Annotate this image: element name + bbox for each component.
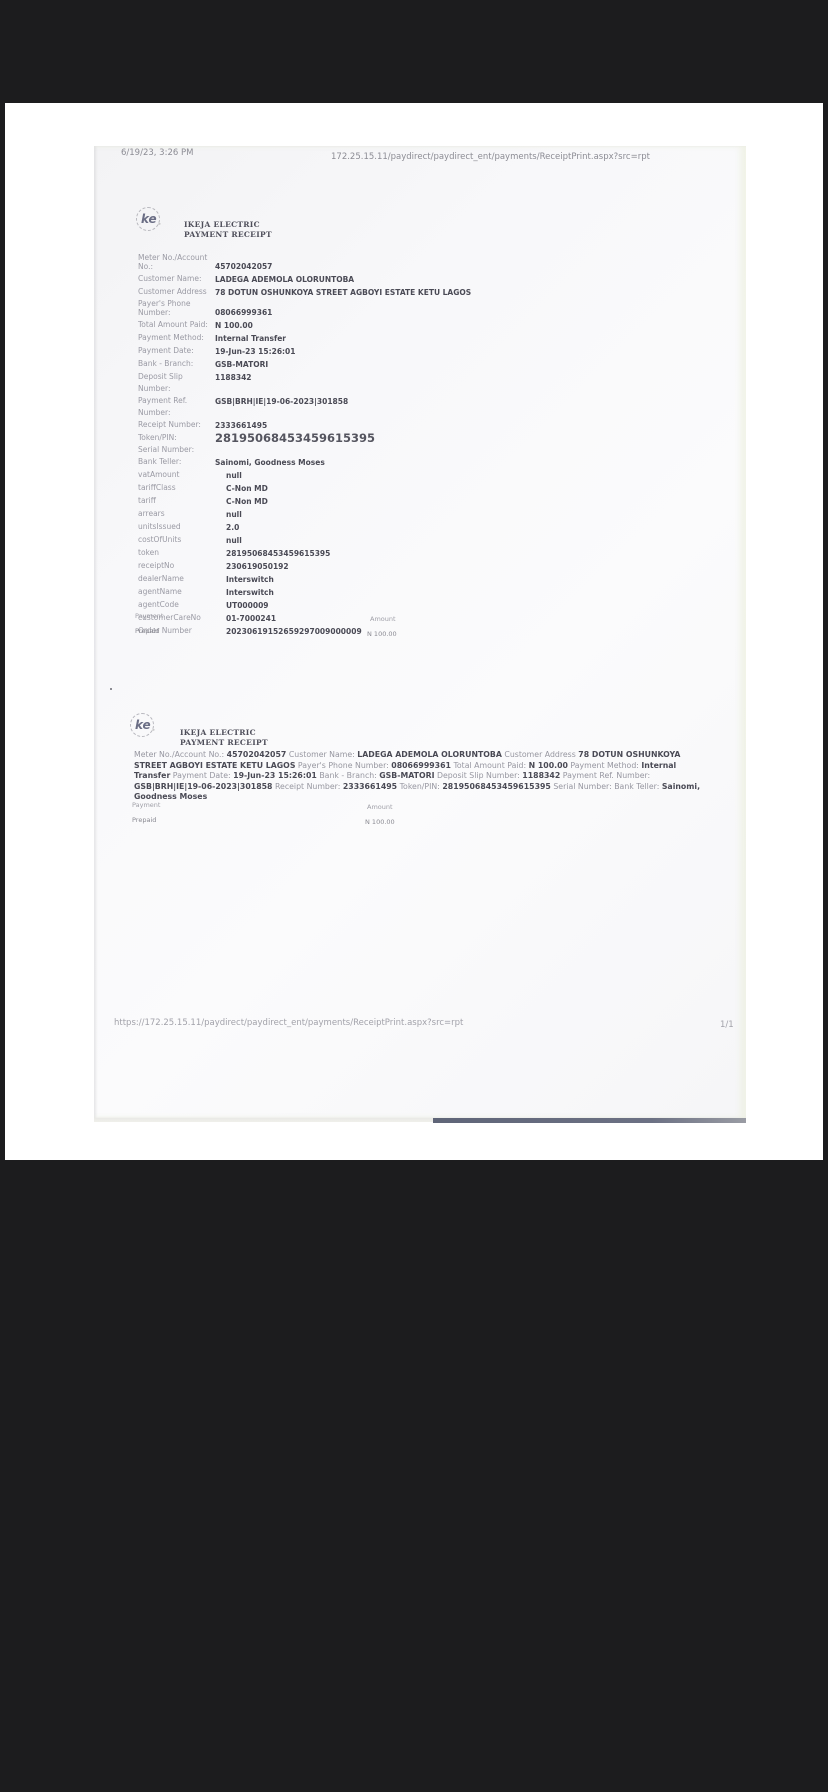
- copy-field-label: Serial Number:: [553, 782, 614, 791]
- scan-edge-shadow: [433, 1118, 746, 1123]
- receipt-brand: IKEJA ELECTRIC PAYMENT RECEIPT: [184, 220, 272, 240]
- copy-field-label: Total Amount Paid:: [453, 761, 528, 770]
- field-tariff: tariffC-Non MD: [138, 495, 698, 508]
- field-deposit-slip: Deposit Slip Number:1188342: [138, 371, 698, 395]
- receipt-fields: Meter No./Account No.:45702042057 Custom…: [138, 253, 698, 638]
- copy-field-label: Customer Address: [504, 750, 578, 759]
- copy-field-value: GSB-MATORI: [379, 771, 434, 780]
- copy-field-value: 1188342: [522, 771, 560, 780]
- field-token: token28195068453459615395: [138, 547, 698, 560]
- payment-amount-cell: N 100.00: [367, 630, 397, 638]
- ikeja-electric-logo-icon: ke IE: [130, 205, 168, 233]
- field-receipt-no: receiptNo230619050192: [138, 560, 698, 573]
- company-name: IKEJA ELECTRIC: [184, 220, 272, 230]
- field-agent-code: agentCodeUT000009: [138, 599, 698, 612]
- payment-type-cell: Prepaid: [135, 627, 159, 635]
- copy-field-value: LADEGA ADEMOLA OLORUNTOBA: [357, 750, 502, 759]
- document-title: PAYMENT RECEIPT: [180, 738, 268, 748]
- copy-field-label: Customer Name:: [289, 750, 357, 759]
- copy-field-value: 2333661495: [343, 782, 397, 791]
- field-meter-no: Meter No./Account No.:45702042057: [138, 253, 698, 273]
- amount-column-header: Amount: [370, 615, 396, 623]
- image-viewer-frame: 6/19/23, 3:26 PM 172.25.15.11/paydirect/…: [5, 103, 823, 1160]
- copy-field-label: Meter No./Account No.:: [134, 750, 227, 759]
- copy-field-label: Payment Method:: [570, 761, 641, 770]
- copy-field-value: N 100.00: [529, 761, 568, 770]
- copy-field-label: Bank Teller:: [614, 782, 662, 791]
- document-title: PAYMENT RECEIPT: [184, 230, 272, 240]
- payment-column-header: Payment: [132, 801, 160, 809]
- receipt-copy-paragraph: Meter No./Account No.: 45702042057 Custo…: [134, 750, 704, 803]
- copy-field-value: 28195068453459615395: [442, 782, 551, 791]
- copy-field-label: Token/PIN:: [400, 782, 443, 791]
- copy-field-value: 08066999361: [391, 761, 451, 770]
- field-vat-amount: vatAmountnull: [138, 469, 698, 482]
- amount-column-header: Amount: [367, 803, 393, 811]
- field-payment-method: Payment Method:Internal Transfer: [138, 332, 698, 345]
- payment-type-cell: Prepaid: [132, 816, 156, 824]
- field-order-number: Order Number20230619152659297009000009: [138, 625, 698, 638]
- field-payer-phone: Payer's Phone Number:08066999361: [138, 299, 698, 319]
- field-token-pin: Token/PIN:28195068453459615395: [138, 432, 698, 444]
- scan-edge: [94, 1118, 433, 1122]
- field-customer-name: Customer Name:LADEGA ADEMOLA OLORUNTOBA: [138, 273, 698, 286]
- field-units-issued: unitsIssued2.0: [138, 521, 698, 534]
- print-header-url: 172.25.15.11/paydirect/paydirect_ent/pay…: [331, 152, 650, 162]
- print-footer-url: https://172.25.15.11/paydirect/paydirect…: [114, 1018, 463, 1028]
- field-bank-teller: Bank Teller:Sainomi, Goodness Moses: [138, 456, 698, 469]
- scanned-receipt-page: 6/19/23, 3:26 PM 172.25.15.11/paydirect/…: [94, 146, 746, 1118]
- field-agent-name: agentNameInterswitch: [138, 586, 698, 599]
- copy-field-label: Payment Date:: [173, 771, 233, 780]
- field-arrears: arrearsnull: [138, 508, 698, 521]
- copy-field-label: Payer's Phone Number:: [298, 761, 391, 770]
- payment-amount-cell: N 100.00: [365, 818, 395, 826]
- copy-field-value: 45702042057: [227, 750, 287, 759]
- field-payment-ref: Payment Ref. Number:GSB|BRH|IE|19-06-202…: [138, 395, 698, 419]
- scan-speck: [110, 688, 112, 690]
- field-bank-branch: Bank - Branch:GSB-MATORI: [138, 358, 698, 371]
- print-datetime: 6/19/23, 3:26 PM: [121, 148, 193, 158]
- copy-field-value: GSB|BRH|IE|19-06-2023|301858: [134, 782, 272, 791]
- receipt-copy-brand: IKEJA ELECTRIC PAYMENT RECEIPT: [180, 728, 268, 748]
- field-tariff-class: tariffClassC-Non MD: [138, 482, 698, 495]
- ikeja-electric-logo-icon: ke IE: [124, 711, 162, 739]
- copy-field-value: 19-Jun-23 15:26:01: [233, 771, 317, 780]
- field-customer-address: Customer Address78 DOTUN OSHUNKOYA STREE…: [138, 286, 698, 299]
- company-name: IKEJA ELECTRIC: [180, 728, 268, 738]
- field-customer-care-no: customerCareNo01-7000241: [138, 612, 698, 625]
- field-total-amount: Total Amount Paid:N 100.00: [138, 319, 698, 332]
- field-payment-date: Payment Date:19-Jun-23 15:26:01: [138, 345, 698, 358]
- copy-field-label: Bank - Branch:: [319, 771, 379, 780]
- field-serial-number: Serial Number:: [138, 444, 698, 456]
- print-page-number: 1/1: [720, 1020, 734, 1030]
- field-cost-of-units: costOfUnitsnull: [138, 534, 698, 547]
- copy-field-label: Receipt Number:: [275, 782, 343, 791]
- payment-column-header: Payment: [135, 612, 163, 620]
- copy-field-label: Deposit Slip Number:: [437, 771, 522, 780]
- copy-field-label: Payment Ref. Number:: [563, 771, 650, 780]
- field-dealer-name: dealerNameInterswitch: [138, 573, 698, 586]
